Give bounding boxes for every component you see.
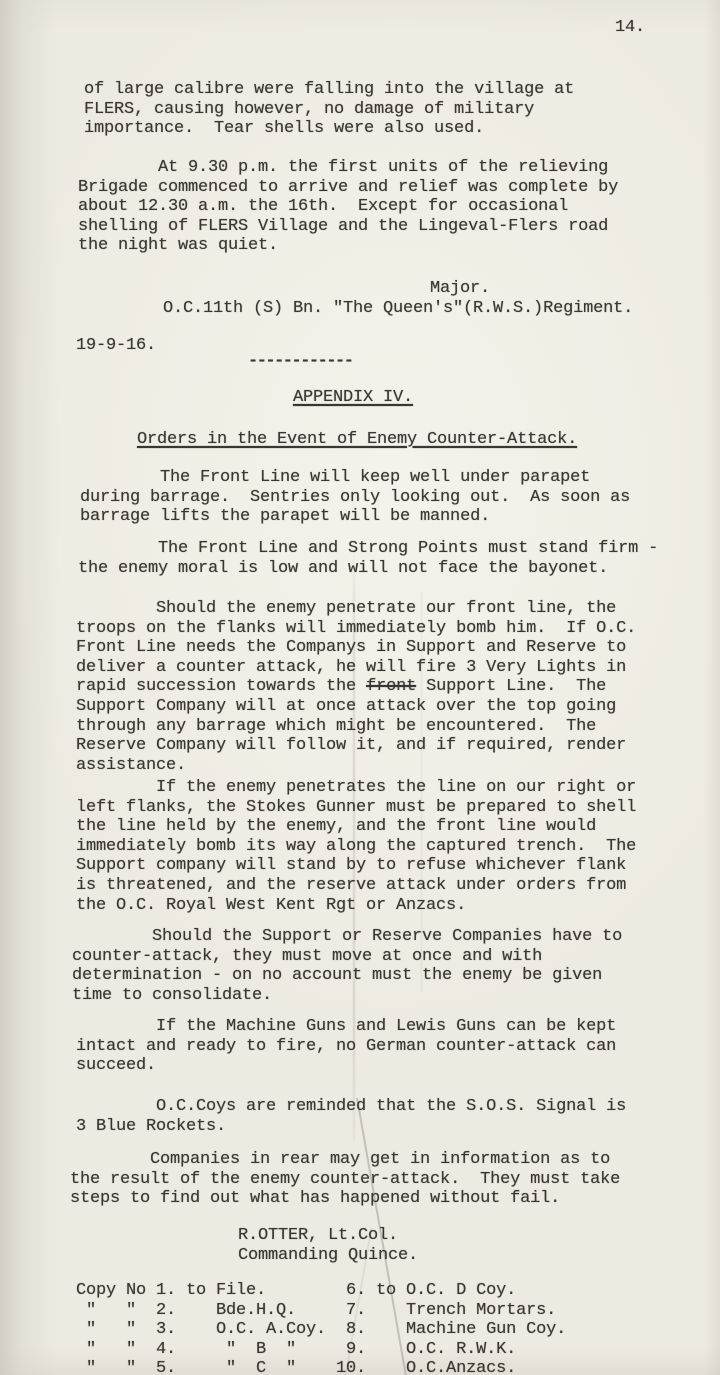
paragraph-machine-guns: If the Machine Guns and Lewis Guns can b…	[76, 1017, 616, 1076]
signature-name: R.OTTER, Lt.Col.	[238, 1226, 398, 1246]
paragraph-sos: O.C.Coys are reminded that the S.O.S. Si…	[76, 1097, 626, 1136]
paragraph-relief: At 9.30 p.m. the first units of the reli…	[78, 158, 618, 256]
paragraph-rear: Companies in rear may get in information…	[70, 1150, 620, 1209]
date: 19-9-16.	[76, 336, 156, 356]
dashed-separator: ------------	[248, 352, 352, 372]
signature-title: Commanding Quince.	[238, 1246, 418, 1266]
struck-word-front: front	[366, 677, 416, 696]
signature-rank: Major.	[430, 279, 490, 299]
signature-unit: O.C.11th (S) Bn. "The Queen's"(R.W.S.)Re…	[163, 299, 633, 319]
document-page: 14. of large calibre were falling into t…	[0, 0, 720, 1375]
paragraph-flanks: If the enemy penetrates the line on our …	[76, 778, 636, 915]
appendix-heading: APPENDIX IV.	[293, 388, 413, 408]
paragraph-shelling: of large calibre were falling into the v…	[84, 80, 574, 139]
orders-heading: Orders in the Event of Enemy Counter-Att…	[137, 430, 577, 450]
paragraph-stand-firm: The Front Line and Strong Points must st…	[78, 539, 658, 578]
paragraph-penetrate: Should the enemy penetrate our front lin…	[76, 599, 636, 775]
paragraph-parapet: The Front Line will keep well under para…	[80, 468, 630, 527]
paragraph-counter-attack: Should the Support or Reserve Companies …	[72, 927, 622, 1005]
page-number: 14.	[615, 18, 645, 38]
copy-distribution-list: Copy No 1. to File. 6. to O.C. D Coy. " …	[76, 1281, 566, 1375]
